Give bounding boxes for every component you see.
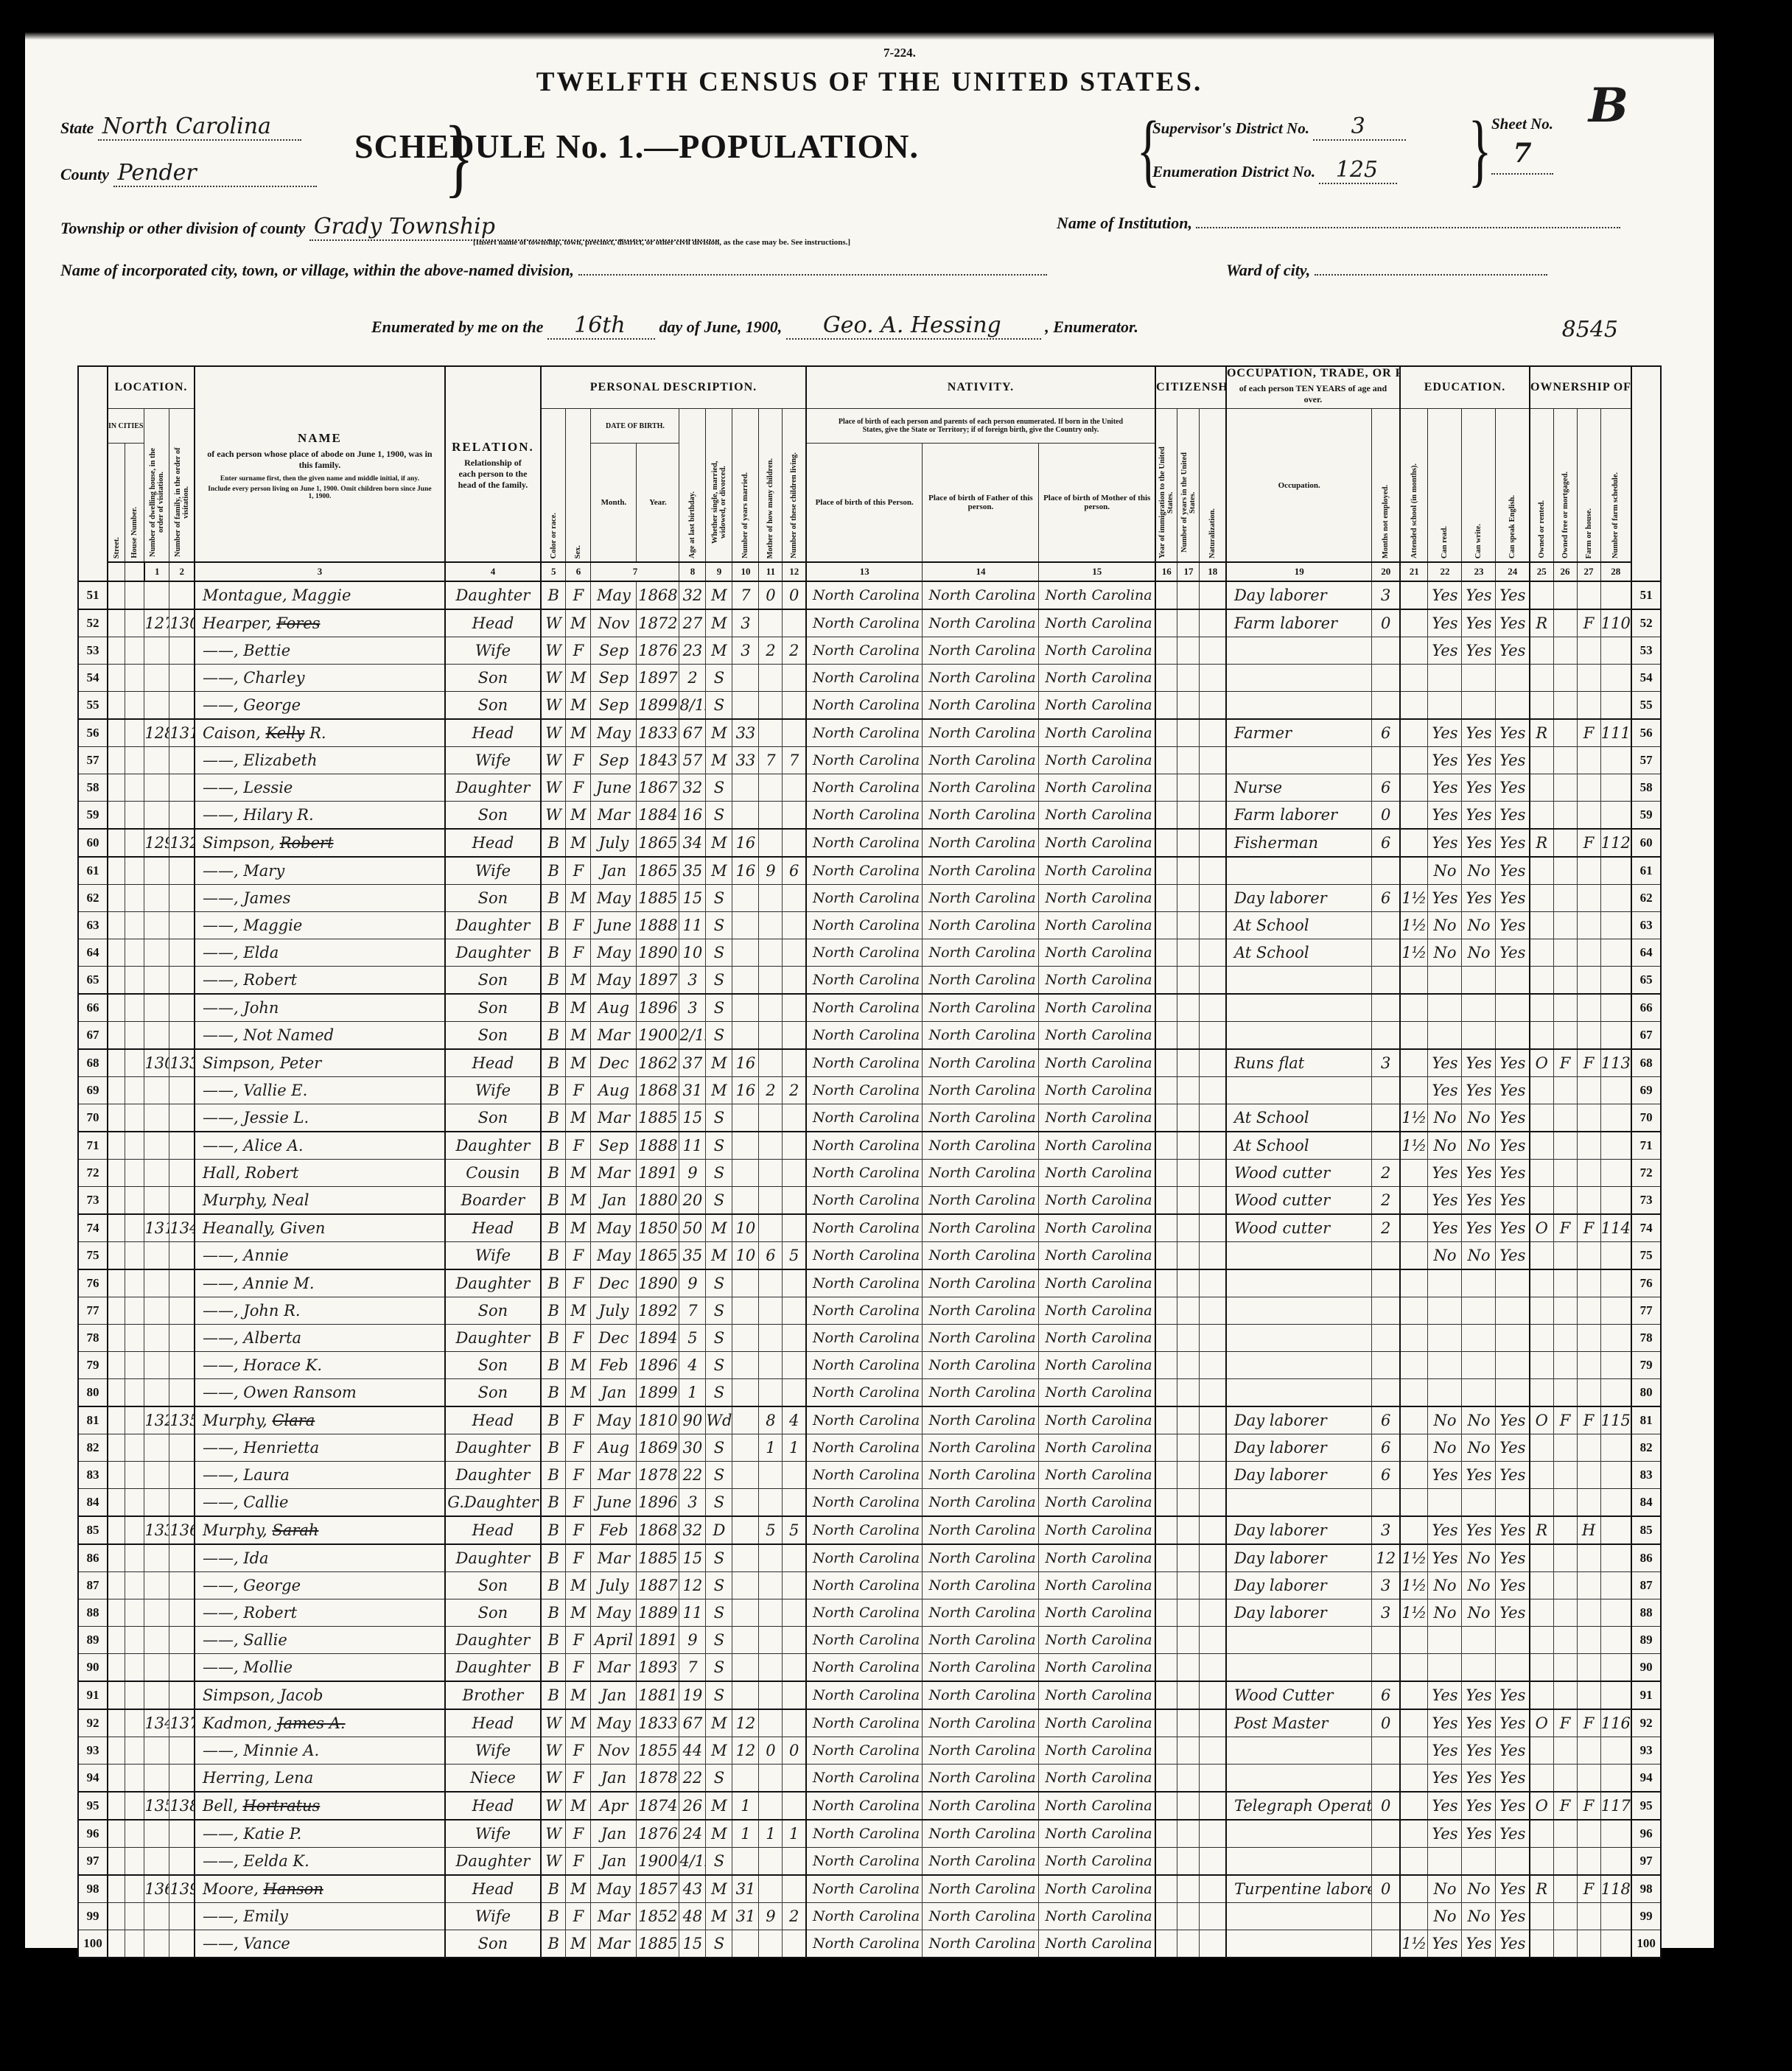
cell-line-number: 57 (78, 747, 108, 774)
cell-children-living (783, 1352, 806, 1379)
cell-relation: Head (445, 829, 541, 857)
cell-line-number: 77 (1631, 1297, 1661, 1325)
cell-farm-or-house: F (1577, 1406, 1600, 1434)
ward-line: Ward of city, (1226, 261, 1547, 280)
cell-sex: M (566, 802, 591, 830)
cell-mother-of-children: 1 (759, 1820, 783, 1848)
cell-family-number (169, 912, 195, 939)
cell-naturalization (1200, 1737, 1226, 1765)
cell-marital-status: S (706, 665, 732, 692)
cell-can-read: Yes (1428, 1681, 1462, 1709)
cell-pob: North Carolina (923, 1049, 1039, 1077)
cell-line-number: 97 (1631, 1848, 1661, 1876)
cell-family-number (169, 1848, 195, 1876)
cell-marital-status: S (706, 692, 732, 720)
cell-marital-status: M (706, 829, 732, 857)
cell-house-number (125, 912, 144, 939)
cell-family-number (169, 1627, 195, 1654)
cell-house-number (125, 581, 144, 609)
cell-can-write: No (1462, 1544, 1496, 1572)
cell-immigration-year (1155, 1132, 1177, 1160)
cell-owned-rented (1530, 637, 1553, 665)
cell-pob: North Carolina (923, 1077, 1039, 1104)
cell-can-read: Yes (1428, 1544, 1462, 1572)
cell-months-not-employed (1372, 692, 1400, 720)
cell-can-read: No (1428, 1104, 1462, 1132)
cell-relation: Daughter (445, 1848, 541, 1876)
cell-naturalization (1200, 1434, 1226, 1462)
cell-age: 27 (679, 609, 706, 637)
cell-immigration-year (1155, 1187, 1177, 1215)
cell-owned-rented (1530, 692, 1553, 720)
cell-years-in-us (1177, 1132, 1200, 1160)
cell-birth-year: 1867 (637, 774, 679, 802)
cell-children-living (783, 1104, 806, 1132)
cell-immigration-year (1155, 1077, 1177, 1104)
cell-house-number (125, 1214, 144, 1242)
cell-mother-of-children (759, 1379, 783, 1407)
cell-name: ——, Maggie (195, 912, 445, 939)
cell-owned-rented: R (1530, 1516, 1553, 1544)
cell-age: 50 (679, 1214, 706, 1242)
cell-street (108, 1077, 125, 1104)
cell-occupation: Wood cutter (1226, 1214, 1372, 1242)
cell-relation: Wife (445, 1737, 541, 1765)
cell-can-write (1462, 1654, 1496, 1682)
cell-immigration-year (1155, 1325, 1177, 1352)
cell-months-not-employed: 2 (1372, 1160, 1400, 1187)
cell-line-number: 56 (1631, 719, 1661, 747)
cell-birth-year: 1884 (637, 802, 679, 830)
cell-farm-or-house (1577, 1820, 1600, 1848)
cell-years-in-us (1177, 1077, 1200, 1104)
column-number: 2 (169, 562, 195, 581)
children-living-header: Number of these children living. (783, 409, 806, 563)
cell-family-number (169, 1132, 195, 1160)
cell-can-speak-english (1496, 1848, 1530, 1876)
cell-dwelling-number: 132 (144, 1406, 169, 1434)
cell-immigration-year (1155, 802, 1177, 830)
cell-owned-free (1553, 1462, 1577, 1489)
cell-naturalization (1200, 1187, 1226, 1215)
cell-pob: North Carolina (923, 967, 1039, 995)
cell-marital-status: S (706, 1930, 732, 1958)
cell-pob: North Carolina (806, 1930, 923, 1958)
page-title: TWELFTH CENSUS OF THE UNITED STATES. (25, 66, 1714, 98)
cell-birth-year: 1865 (637, 1242, 679, 1270)
cell-immigration-year (1155, 1160, 1177, 1187)
cell-house-number (125, 1104, 144, 1132)
cell-line-number: 73 (78, 1187, 108, 1215)
cell-owned-free (1553, 1132, 1577, 1160)
cell-dwelling-number (144, 1379, 169, 1407)
cell-years-in-us (1177, 1792, 1200, 1820)
cell-relation: Head (445, 1709, 541, 1737)
cell-occupation: Wood cutter (1226, 1160, 1372, 1187)
cell-can-write: No (1462, 912, 1496, 939)
cell-age: 10 (679, 939, 706, 967)
cell-age: 2 (679, 665, 706, 692)
cell-children-living (783, 665, 806, 692)
cell-line-number: 82 (78, 1434, 108, 1462)
cell-naturalization (1200, 1765, 1226, 1793)
cell-naturalization (1200, 1104, 1226, 1132)
cell-sex: F (566, 1489, 591, 1517)
cell-birth-year: 1865 (637, 829, 679, 857)
cell-house-number (125, 885, 144, 912)
cell-years-married (732, 1132, 759, 1160)
cell-sex: M (566, 1572, 591, 1599)
cell-marital-status: S (706, 1269, 732, 1297)
cell-attended-school (1400, 1406, 1428, 1434)
cell-months-not-employed: 3 (1372, 1572, 1400, 1599)
cell-pob: North Carolina (923, 1214, 1039, 1242)
cell-marital-status: S (706, 885, 732, 912)
cell-pob: North Carolina (923, 719, 1039, 747)
cell-dwelling-number (144, 1820, 169, 1848)
cell-children-living (783, 692, 806, 720)
cell-years-married: 12 (732, 1709, 759, 1737)
cell-house-number (125, 857, 144, 885)
cell-children-living (783, 1848, 806, 1876)
cell-can-write: Yes (1462, 637, 1496, 665)
cell-mother-of-children: 9 (759, 857, 783, 885)
cell-farm-schedule (1600, 1848, 1631, 1876)
cell-months-not-employed (1372, 857, 1400, 885)
cell-house-number (125, 1406, 144, 1434)
cell-street (108, 1848, 125, 1876)
cell-years-married: 16 (732, 1049, 759, 1077)
cell-immigration-year (1155, 637, 1177, 665)
cell-farm-schedule (1600, 1325, 1631, 1352)
cell-mother-of-children: 2 (759, 1077, 783, 1104)
cell-farm-or-house (1577, 637, 1600, 665)
cell-dwelling-number: 134 (144, 1709, 169, 1737)
cell-relation: Wife (445, 857, 541, 885)
cell-house-number (125, 1242, 144, 1270)
cell-birth-month: Jan (591, 1187, 637, 1215)
cell-age: 37 (679, 1049, 706, 1077)
cell-color: B (541, 1930, 566, 1958)
cell-pob: North Carolina (923, 1792, 1039, 1820)
cell-birth-year: 1894 (637, 1325, 679, 1352)
cell-farm-schedule (1600, 1572, 1631, 1599)
cell-can-read: Yes (1428, 1077, 1462, 1104)
cell-owned-free (1553, 692, 1577, 720)
cell-can-read (1428, 1325, 1462, 1352)
cell-pob: North Carolina (806, 1572, 923, 1599)
cell-farm-or-house (1577, 1654, 1600, 1682)
cell-can-speak-english: Yes (1496, 1516, 1530, 1544)
cell-mother-of-children (759, 1269, 783, 1297)
cell-children-living (783, 1572, 806, 1599)
cell-pob: North Carolina (923, 1434, 1039, 1462)
cell-owned-free (1553, 1160, 1577, 1187)
cell-color: W (541, 774, 566, 802)
cell-pob: North Carolina (806, 1406, 923, 1434)
cell-age: 23 (679, 637, 706, 665)
cell-can-write: No (1462, 1875, 1496, 1903)
cell-farm-or-house: F (1577, 1709, 1600, 1737)
cell-immigration-year (1155, 692, 1177, 720)
cell-mother-of-children: 0 (759, 1737, 783, 1765)
cell-line-number: 81 (78, 1406, 108, 1434)
cell-dwelling-number (144, 637, 169, 665)
enumerated-day: 16th (547, 312, 655, 340)
cell-relation: Head (445, 719, 541, 747)
name-note2: Include every person living on June 1, 1… (195, 484, 444, 502)
cell-relation: Daughter (445, 939, 541, 967)
cell-line-number: 63 (1631, 912, 1661, 939)
cell-immigration-year (1155, 1379, 1177, 1407)
occupation-group-desc: of each person TEN YEARS of age and over… (1227, 380, 1399, 408)
cell-owned-free: F (1553, 1792, 1577, 1820)
cell-naturalization (1200, 1903, 1226, 1930)
cell-years-in-us (1177, 1297, 1200, 1325)
cell-line-number: 61 (1631, 857, 1661, 885)
cell-color: B (541, 1269, 566, 1297)
cell-line-number: 62 (78, 885, 108, 912)
cell-line-number: 62 (1631, 885, 1661, 912)
cell-sex: M (566, 1379, 591, 1407)
cell-street (108, 1627, 125, 1654)
column-number: 7 (591, 562, 679, 581)
cell-attended-school (1400, 1269, 1428, 1297)
cell-house-number (125, 774, 144, 802)
cell-attended-school (1400, 1903, 1428, 1930)
cell-months-not-employed (1372, 1269, 1400, 1297)
cell-immigration-year (1155, 1737, 1177, 1765)
cell-naturalization (1200, 692, 1226, 720)
cell-family-number: 135 (169, 1406, 195, 1434)
cell-dwelling-number (144, 1765, 169, 1793)
cell-can-write (1462, 1022, 1496, 1050)
cell-age: 90 (679, 1406, 706, 1434)
cell-owned-free (1553, 1875, 1577, 1903)
cell-naturalization (1200, 1654, 1226, 1682)
cell-name: Moore, Hanson (195, 1875, 445, 1903)
cell-house-number (125, 802, 144, 830)
cell-years-married (732, 665, 759, 692)
cell-owned-free (1553, 1187, 1577, 1215)
cell-years-married (732, 912, 759, 939)
cell-family-number: 138 (169, 1792, 195, 1820)
cell-can-write: Yes (1462, 1077, 1496, 1104)
institution-value (1196, 227, 1620, 228)
cell-street (108, 1022, 125, 1050)
cell-marital-status: S (706, 1848, 732, 1876)
cell-naturalization (1200, 912, 1226, 939)
cell-can-speak-english: Yes (1496, 1572, 1530, 1599)
cell-pob: North Carolina (923, 1297, 1039, 1325)
cell-farm-or-house (1577, 1572, 1600, 1599)
cell-immigration-year (1155, 1297, 1177, 1325)
cell-farm-or-house: F (1577, 1875, 1600, 1903)
cell-can-speak-english: Yes (1496, 939, 1530, 967)
cell-children-living (783, 1160, 806, 1187)
cell-marital-status: D (706, 1516, 732, 1544)
cell-family-number: 133 (169, 1049, 195, 1077)
cell-years-married (732, 1352, 759, 1379)
age-header: Age at last birthday. (679, 409, 706, 563)
cell-can-write: Yes (1462, 1516, 1496, 1544)
cell-age: 20 (679, 1187, 706, 1215)
cell-mother-of-children (759, 1572, 783, 1599)
cell-family-number (169, 665, 195, 692)
cell-can-read: No (1428, 1132, 1462, 1160)
cell-years-in-us (1177, 774, 1200, 802)
cell-attended-school (1400, 857, 1428, 885)
cell-occupation (1226, 1848, 1372, 1876)
cell-sex: F (566, 912, 591, 939)
cell-months-not-employed: 6 (1372, 1434, 1400, 1462)
column-number: 22 (1428, 562, 1462, 581)
cell-occupation: Telegraph Operator (1226, 1792, 1372, 1820)
cell-farm-or-house (1577, 1132, 1600, 1160)
cell-line-number: 57 (1631, 747, 1661, 774)
cell-farm-or-house (1577, 1077, 1600, 1104)
cell-name: ——, Eelda K. (195, 1848, 445, 1876)
cell-can-read: No (1428, 1572, 1462, 1599)
cell-street (108, 1434, 125, 1462)
cell-line-number: 90 (1631, 1654, 1661, 1682)
cell-street (108, 692, 125, 720)
cell-can-write (1462, 1379, 1496, 1407)
cell-marital-status: M (706, 857, 732, 885)
cell-years-married (732, 802, 759, 830)
cell-children-living: 0 (783, 1737, 806, 1765)
cell-family-number: 136 (169, 1516, 195, 1544)
cell-mother-of-children (759, 609, 783, 637)
street-header: Street. (108, 444, 125, 563)
cell-owned-free (1553, 1077, 1577, 1104)
cell-house-number (125, 1765, 144, 1793)
form-number: 7-224. (883, 46, 916, 60)
cell-pob: North Carolina (806, 1462, 923, 1489)
cell-birth-month: Dec (591, 1049, 637, 1077)
cell-age: 3 (679, 994, 706, 1022)
cell-pob: North Carolina (923, 1516, 1039, 1544)
cell-occupation (1226, 1489, 1372, 1517)
cell-color: B (541, 1077, 566, 1104)
cell-color: B (541, 1434, 566, 1462)
cell-sex: F (566, 939, 591, 967)
cell-line-number: 68 (78, 1049, 108, 1077)
cell-can-write: Yes (1462, 1792, 1496, 1820)
cell-children-living: 2 (783, 1077, 806, 1104)
cell-family-number (169, 1681, 195, 1709)
cell-house-number (125, 1903, 144, 1930)
cell-pob: North Carolina (923, 1820, 1039, 1848)
cell-dwelling-number (144, 1544, 169, 1572)
cell-line-number: 79 (78, 1352, 108, 1379)
cell-age: 22 (679, 1462, 706, 1489)
cell-dwelling-number (144, 1160, 169, 1187)
cell-can-write: Yes (1462, 719, 1496, 747)
cell-can-write (1462, 1627, 1496, 1654)
naturalization-header: Naturalization. (1200, 409, 1226, 563)
cell-children-living (783, 1297, 806, 1325)
dwelling-number-header: Number of dwelling house, in the order o… (144, 409, 169, 563)
cell-owned-free (1553, 1325, 1577, 1352)
cell-pob: North Carolina (1039, 1187, 1155, 1215)
cell-naturalization (1200, 1709, 1226, 1737)
cell-occupation (1226, 1654, 1372, 1682)
cell-birth-month: Jan (591, 857, 637, 885)
cell-attended-school: 1½ (1400, 1599, 1428, 1627)
cell-birth-year: 1865 (637, 857, 679, 885)
cell-mother-of-children (759, 1297, 783, 1325)
cell-line-number: 99 (78, 1903, 108, 1930)
attended-school-header: Attended school (in months). (1400, 409, 1428, 563)
cell-birth-year: 1899 (637, 1379, 679, 1407)
cell-age: 32 (679, 581, 706, 609)
cell-pob: North Carolina (923, 829, 1039, 857)
cell-family-number (169, 1379, 195, 1407)
cell-line-number: 87 (1631, 1572, 1661, 1599)
cell-birth-year: 1892 (637, 1297, 679, 1325)
cell-can-read: No (1428, 1599, 1462, 1627)
cell-attended-school (1400, 802, 1428, 830)
cell-years-in-us (1177, 967, 1200, 995)
cell-years-married (732, 1654, 759, 1682)
cell-farm-or-house (1577, 1104, 1600, 1132)
cell-name: ——, Robert (195, 967, 445, 995)
cell-house-number (125, 1709, 144, 1737)
cell-age: 22 (679, 1765, 706, 1793)
cell-birth-month: Jan (591, 1681, 637, 1709)
cell-birth-month: Mar (591, 1160, 637, 1187)
cell-color: W (541, 1820, 566, 1848)
cell-years-in-us (1177, 1104, 1200, 1132)
column-number (125, 562, 144, 581)
enum-district-value: 125 (1319, 157, 1397, 184)
cell-dwelling-number (144, 1434, 169, 1462)
cell-years-married (732, 1599, 759, 1627)
cell-immigration-year (1155, 885, 1177, 912)
cell-can-read: Yes (1428, 802, 1462, 830)
cell-pob: North Carolina (923, 747, 1039, 774)
cell-owned-free (1553, 609, 1577, 637)
cell-can-speak-english: Yes (1496, 1049, 1530, 1077)
cell-dwelling-number (144, 1022, 169, 1050)
cell-naturalization (1200, 1406, 1226, 1434)
cell-mother-of-children (759, 1325, 783, 1352)
cell-farm-or-house (1577, 912, 1600, 939)
cell-house-number (125, 1599, 144, 1627)
cell-birth-month: Mar (591, 1654, 637, 1682)
cell-children-living (783, 1187, 806, 1215)
cell-farm-schedule (1600, 1820, 1631, 1848)
cell-pob: North Carolina (1039, 1160, 1155, 1187)
cell-line-number: 100 (1631, 1930, 1661, 1958)
cell-marital-status: M (706, 747, 732, 774)
cell-name: ——, Laura (195, 1462, 445, 1489)
cell-relation: Daughter (445, 1654, 541, 1682)
cell-occupation (1226, 1077, 1372, 1104)
cell-marital-status: S (706, 967, 732, 995)
cell-line-number: 53 (1631, 637, 1661, 665)
cell-years-married: 31 (732, 1903, 759, 1930)
cell-months-not-employed (1372, 1379, 1400, 1407)
institution-line: Name of Institution, (1057, 214, 1620, 233)
cell-farm-schedule: 110 (1600, 609, 1631, 637)
cell-birth-year: 1880 (637, 1187, 679, 1215)
cell-can-write (1462, 1297, 1496, 1325)
cell-naturalization (1200, 1297, 1226, 1325)
cell-color: B (541, 1462, 566, 1489)
cell-birth-year: 1843 (637, 747, 679, 774)
